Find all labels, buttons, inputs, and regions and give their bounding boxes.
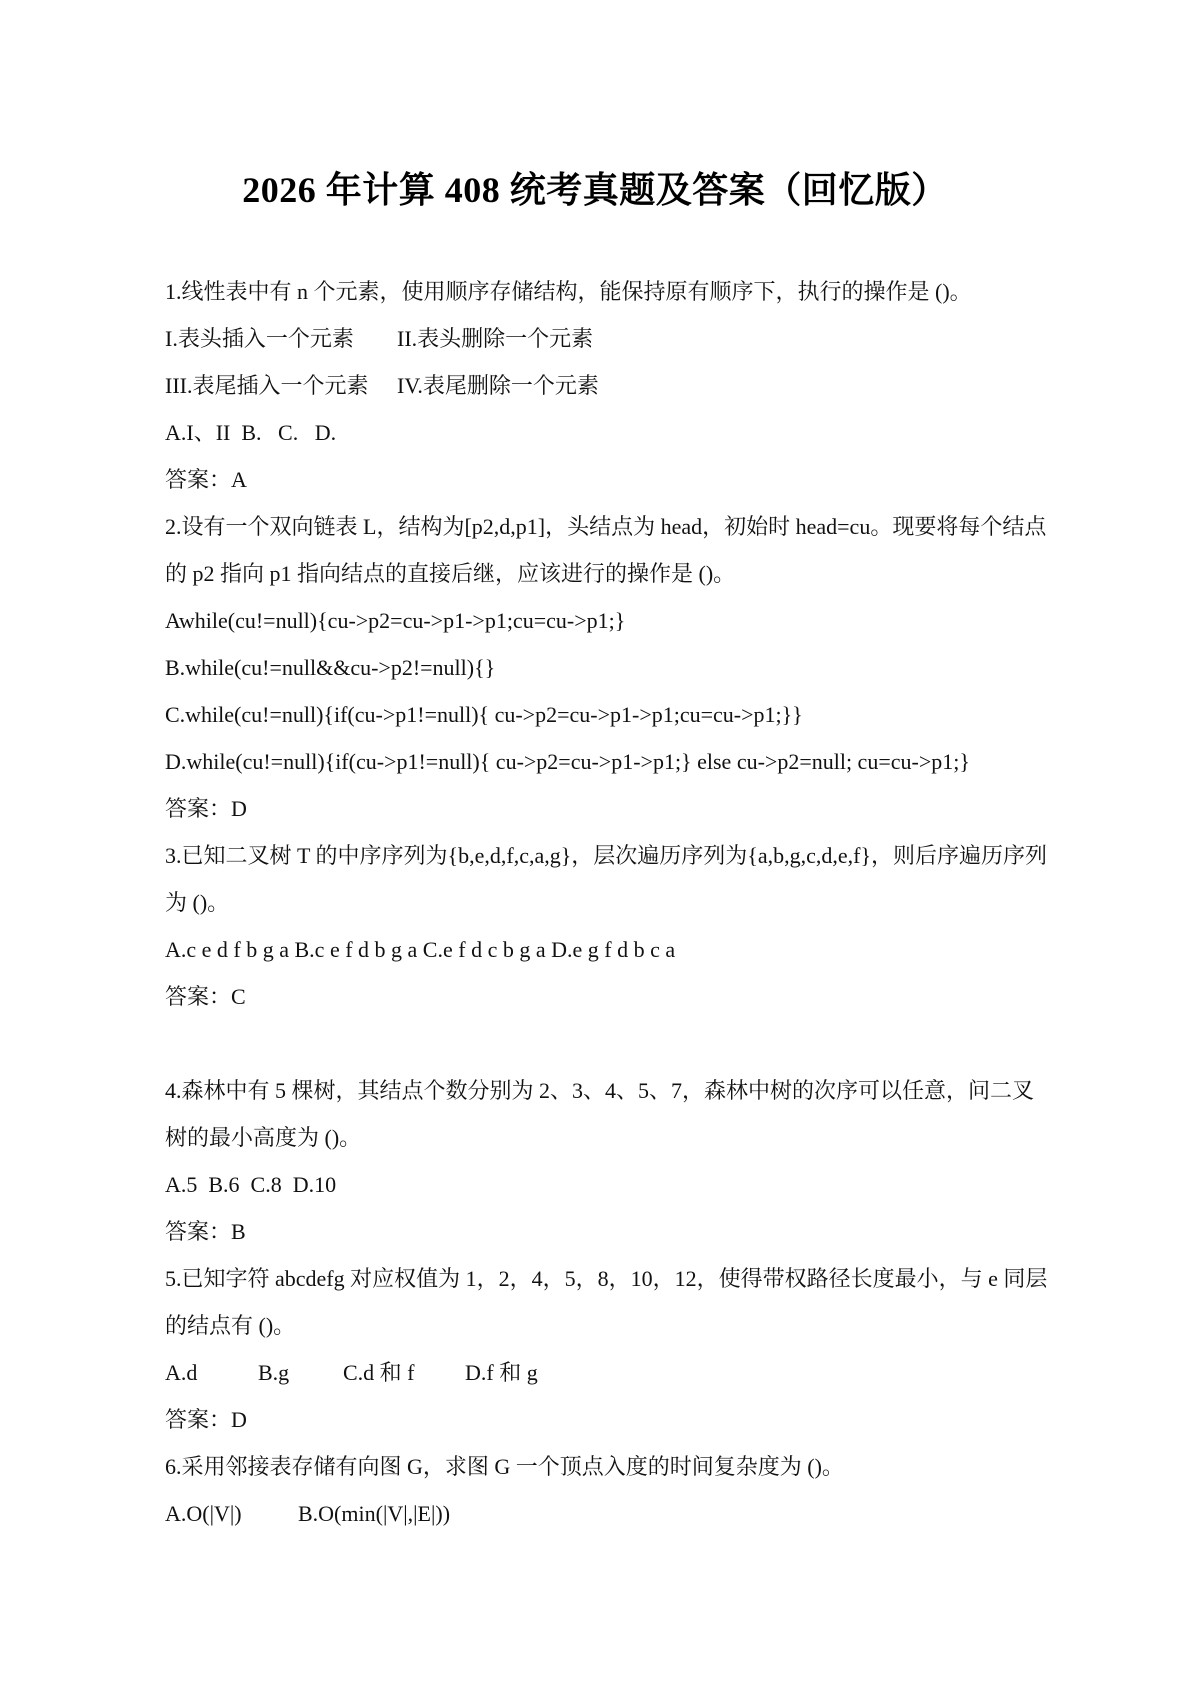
document-body: 1.线性表中有 n 个元素，使用顺序存储结构，能保持原有顺序下，执行的操作是 (… [165, 268, 1050, 1537]
q1-roman-option-I: I.表头插入一个元素 [165, 315, 397, 362]
q2-choice-d: D.while(cu!=null){if(cu->p1!=null){ cu->… [165, 738, 1050, 785]
q5-choice-d: D.f 和 g [465, 1360, 538, 1385]
q2-choice-a: Awhile(cu!=null){cu->p2=cu->p1->p1;cu=cu… [165, 597, 1050, 644]
q5-stem-line-2: 的结点有 ()。 [165, 1302, 1050, 1349]
q6-choices: A.O(|V|)B.O(min(|V|,|E|)) [165, 1490, 1050, 1537]
q2-stem-line-1: 2.设有一个双向链表 L，结构为[p2,d,p1]，头结点为 head，初始时 … [165, 503, 1050, 550]
q3-choices: A.c e d f b g a B.c e f d b g a C.e f d … [165, 926, 1050, 973]
q3-stem-line-2: 为 ()。 [165, 879, 1050, 926]
q1-choices: A.I、II B. C. D. [165, 409, 1050, 456]
q1-roman-options-row-1: I.表头插入一个元素II.表头删除一个元素 [165, 315, 1050, 362]
q5-answer: 答案：D [165, 1396, 1050, 1443]
q5-choice-a: A.d [165, 1349, 258, 1396]
document-title: 2026 年计算 408 统考真题及答案（回忆版） [0, 170, 1190, 210]
q2-choice-b: B.while(cu!=null&&cu->p2!=null){} [165, 644, 1050, 691]
q6-choice-b: B.O(min(|V|,|E|)) [298, 1501, 450, 1526]
blank-line [165, 1020, 1050, 1067]
q1-stem: 1.线性表中有 n 个元素，使用顺序存储结构，能保持原有顺序下，执行的操作是 (… [165, 268, 1050, 315]
q1-roman-option-II: II.表头删除一个元素 [397, 326, 593, 351]
q5-choice-c: C.d 和 f [343, 1349, 465, 1396]
q4-stem-line-2: 树的最小高度为 ()。 [165, 1114, 1050, 1161]
q3-answer: 答案：C [165, 973, 1050, 1020]
q2-choice-c: C.while(cu!=null){if(cu->p1!=null){ cu->… [165, 691, 1050, 738]
q2-answer: 答案：D [165, 785, 1050, 832]
q4-stem-line-1: 4.森林中有 5 棵树，其结点个数分别为 2、3、4、5、7，森林中树的次序可以… [165, 1067, 1050, 1114]
q1-roman-options-row-2: III.表尾插入一个元素IV.表尾删除一个元素 [165, 362, 1050, 409]
q5-choices: A.dB.gC.d 和 fD.f 和 g [165, 1349, 1050, 1396]
q6-choice-a: A.O(|V|) [165, 1490, 298, 1537]
q2-stem-line-2: 的 p2 指向 p1 指向结点的直接后继，应该进行的操作是 ()。 [165, 550, 1050, 597]
q4-choices: A.5 B.6 C.8 D.10 [165, 1161, 1050, 1208]
q6-stem: 6.采用邻接表存储有向图 G，求图 G 一个顶点入度的时间复杂度为 ()。 [165, 1443, 1050, 1490]
q1-answer: 答案：A [165, 456, 1050, 503]
q1-roman-option-IV: IV.表尾删除一个元素 [397, 373, 599, 398]
q5-stem-line-1: 5.已知字符 abcdefg 对应权值为 1，2，4，5，8，10，12，使得带… [165, 1255, 1050, 1302]
document-page: 2026 年计算 408 统考真题及答案（回忆版） 1.线性表中有 n 个元素，… [0, 0, 1190, 1683]
q4-answer: 答案：B [165, 1208, 1050, 1255]
q5-choice-b: B.g [258, 1349, 343, 1396]
q3-stem-line-1: 3.已知二叉树 T 的中序序列为{b,e,d,f,c,a,g}，层次遍历序列为{… [165, 832, 1050, 879]
q1-roman-option-III: III.表尾插入一个元素 [165, 362, 397, 409]
